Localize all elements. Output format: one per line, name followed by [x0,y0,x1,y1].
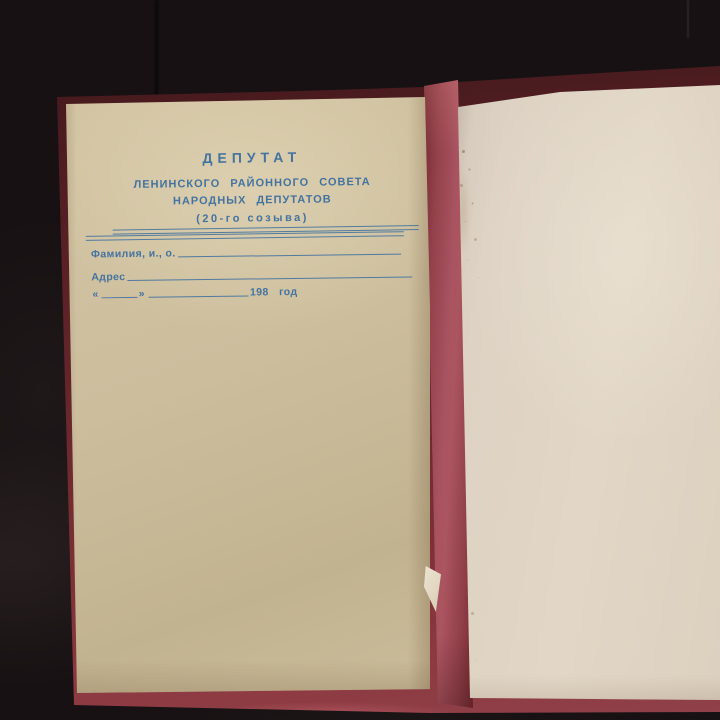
date-year-prefix: 198 [250,286,269,298]
page-stain-specks [462,150,465,153]
date-quote-open: « [92,288,98,300]
name-field-label: Фамилия, и., о. [91,247,176,260]
name-field-line [178,244,401,258]
address-field-label: Адрес [91,271,125,283]
date-field-row: « » 198 год [91,285,297,301]
council-name-line2: НАРОДНЫХ ДЕПУТАТОВ [76,192,428,208]
photo-scene: ДЕПУТАТ ЛЕНИНСКОГО РАЙОННОГО СОВЕТА НАРО… [0,0,720,720]
date-year-word: год [279,286,298,298]
background-seam-left [155,0,158,100]
name-field-row: Фамилия, и., о. [91,244,401,261]
printed-block: ДЕПУТАТ ЛЕНИНСКОГО РАЙОННОГО СОВЕТА НАРО… [59,91,434,697]
address-field-line [127,267,412,281]
convocation-line: (20-го созыва) [77,210,429,226]
right-page [446,78,720,706]
left-page: ДЕПУТАТ ЛЕНИНСКОГО РАЙОННОГО СОВЕТА НАРО… [62,94,430,696]
date-quote-close: » [139,288,145,300]
background-seam-right [687,0,689,38]
date-day-line [102,287,138,298]
date-month-line [148,286,248,298]
address-field-row: Адрес [91,267,412,284]
document-title: ДЕПУТАТ [76,147,428,167]
council-name-line1: ЛЕНИНСКОГО РАЙОННОГО СОВЕТА [76,175,428,191]
